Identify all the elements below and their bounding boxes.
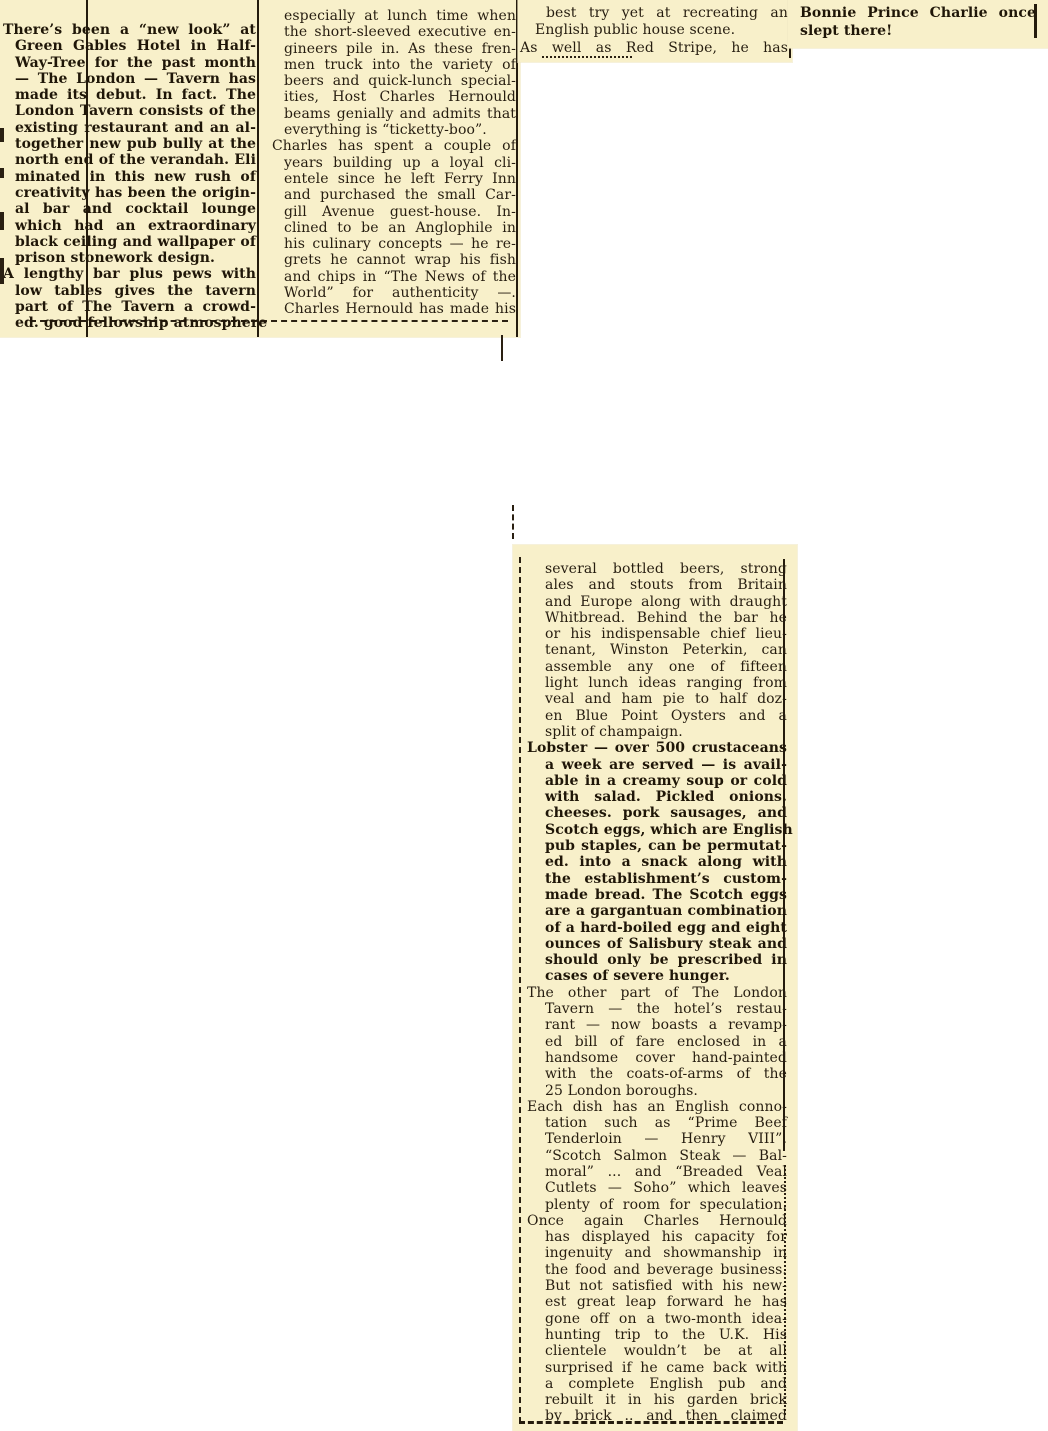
text-line: beers and quick-lunch special- bbox=[272, 73, 516, 89]
paragraph: Lobster — over 500 crustaceansa week are… bbox=[527, 740, 787, 984]
scan-artifact-mark bbox=[0, 128, 4, 142]
paragraph: Charles has spent a couple ofyears build… bbox=[272, 138, 516, 317]
text-line: World” for authenticity —. bbox=[272, 285, 516, 301]
text-line: a complete English pub and bbox=[527, 1376, 787, 1392]
text-line: and chips in “The News of the bbox=[272, 269, 516, 285]
text-line: of a hard-boiled egg and eight bbox=[527, 920, 787, 936]
text-line: black ceiling and wallpaper of bbox=[3, 234, 256, 250]
text-line: or his indispensable chief lieu- bbox=[527, 626, 787, 642]
text-line: part of The Tavern a crowd- bbox=[3, 299, 256, 315]
text-line: Bonnie Prince Charlie once bbox=[798, 5, 1036, 23]
scan-artifact-mark bbox=[0, 258, 4, 284]
text-line: everything is “ticketty-boo”. bbox=[272, 122, 516, 138]
paragraph: English public house scene. bbox=[520, 22, 788, 39]
scan-artifact-line bbox=[501, 335, 503, 361]
text-line: men truck into the variety of bbox=[272, 57, 516, 73]
text-line: gone off on a two-month idea- bbox=[527, 1311, 787, 1327]
text-line: Charles Hernould has made his bbox=[272, 301, 516, 317]
text-line: the establishment’s custom- bbox=[527, 871, 787, 887]
text-line: — The London — Tavern has bbox=[3, 71, 256, 87]
text-line: by brick .. and then claimed bbox=[527, 1408, 787, 1424]
article-column-3: best try yet at recreating anEnglish pub… bbox=[520, 5, 788, 57]
text-line: moral” ... and “Breaded Veal bbox=[527, 1164, 787, 1180]
text-line: should only be prescribed in bbox=[527, 952, 787, 968]
text-line: As well as Red Stripe, he has bbox=[520, 40, 788, 57]
text-line: ed bill of fare enclosed in a bbox=[527, 1034, 787, 1050]
text-line: assemble any one of fifteen bbox=[527, 659, 787, 675]
text-line: existing restaurant and an al- bbox=[3, 120, 256, 136]
text-line: ingenuity and showmanship in bbox=[527, 1245, 787, 1261]
article-column-5: several bottled beers, strongales and st… bbox=[527, 561, 787, 1425]
text-line: Charles has spent a couple of bbox=[272, 138, 516, 154]
text-line: gineers pile in. As these fren- bbox=[272, 41, 516, 57]
text-line: clined to be an Anglophile in bbox=[272, 220, 516, 236]
text-line: especially at lunch time when bbox=[272, 8, 516, 24]
column-rule-left bbox=[519, 557, 521, 1423]
text-line: Tavern — the hotel’s restau- bbox=[527, 1001, 787, 1017]
text-line: made bread. The Scotch eggs bbox=[527, 887, 787, 903]
text-line: north end of the verandah. Eli bbox=[3, 152, 256, 168]
text-line: al bar and cocktail lounge bbox=[3, 201, 256, 217]
text-line: together new pub bully at the bbox=[3, 136, 256, 152]
text-line: est great leap forward he has bbox=[527, 1294, 787, 1310]
article-column-4: Bonnie Prince Charlie onceslept there! bbox=[798, 5, 1036, 40]
text-line: made its debut. In fact. The bbox=[3, 87, 256, 103]
text-line: entele since he left Ferry Inn bbox=[272, 171, 516, 187]
text-line: ities, Host Charles Hernould bbox=[272, 89, 516, 105]
text-line: English public house scene. bbox=[520, 22, 788, 39]
text-line: Cutlets — Soho” which leaves bbox=[527, 1180, 787, 1196]
text-line: rant — now boasts a revamp- bbox=[527, 1017, 787, 1033]
text-line: several bottled beers, strong bbox=[527, 561, 787, 577]
text-line: slept there! bbox=[798, 23, 1036, 41]
text-line: handsome cover hand-painted bbox=[527, 1050, 787, 1066]
text-line: the short-sleeved executive en- bbox=[272, 24, 516, 40]
text-line: cases of severe hunger. bbox=[527, 968, 787, 984]
text-line: and Europe along with draught bbox=[527, 594, 787, 610]
text-line: The other part of The London bbox=[527, 985, 787, 1001]
text-line: ales and stouts from Britain bbox=[527, 577, 787, 593]
clipping-top-right: Bonnie Prince Charlie onceslept there! bbox=[788, 0, 1048, 48]
text-line: Each dish has an English conno- bbox=[527, 1099, 787, 1115]
clipping-top-left: There’s been a “new look” atGreen Gables… bbox=[0, 0, 520, 337]
text-line: veal and ham pie to half doz- bbox=[527, 691, 787, 707]
text-line: a week are served — is avail- bbox=[527, 757, 787, 773]
text-line: Whitbread. Behind the bar he bbox=[527, 610, 787, 626]
text-line: Way-Tree for the past month bbox=[3, 55, 256, 71]
clipping-main-column: several bottled beers, strongales and st… bbox=[513, 545, 797, 1431]
text-line: hunting trip to the U.K. His bbox=[527, 1327, 787, 1343]
text-line: Tenderloin — Henry VIII”. bbox=[527, 1131, 787, 1147]
text-line: the food and beverage business. bbox=[527, 1262, 787, 1278]
text-line: tenant, Winston Peterkin, can bbox=[527, 642, 787, 658]
text-line: split of champaign. bbox=[527, 724, 787, 740]
text-line: en Blue Point Oysters and a bbox=[527, 708, 787, 724]
scan-artifact-mark bbox=[0, 168, 4, 178]
text-line: are a gargantuan combination bbox=[527, 903, 787, 919]
text-line: light lunch ideas ranging from bbox=[527, 675, 787, 691]
text-line: ed. good fellowship atmosphere bbox=[3, 315, 256, 331]
scan-artifact-line bbox=[512, 505, 514, 539]
text-line: Green Gables Hotel in Half- bbox=[3, 38, 256, 54]
paragraph: best try yet at recreating an bbox=[520, 5, 788, 22]
article-column-2: especially at lunch time whenthe short-s… bbox=[272, 8, 516, 318]
text-line: Lobster — over 500 crustaceans bbox=[527, 740, 787, 756]
text-line: which had an extraordinary bbox=[3, 218, 256, 234]
text-line: with the coats-of-arms of the bbox=[527, 1066, 787, 1082]
paragraph: Once again Charles Hernouldhas displayed… bbox=[527, 1213, 787, 1425]
text-line: tation such as “Prime Beef bbox=[527, 1115, 787, 1131]
text-line: A lengthy bar plus pews with bbox=[3, 266, 256, 282]
column-rule-1 bbox=[257, 0, 259, 337]
text-line: and purchased the small Car- bbox=[272, 187, 516, 203]
text-line: London Tavern consists of the bbox=[3, 103, 256, 119]
clipping-top-middle: best try yet at recreating anEnglish pub… bbox=[518, 0, 792, 62]
text-line: low tables gives the tavern bbox=[3, 283, 256, 299]
paragraph: There’s been a “new look” atGreen Gables… bbox=[3, 22, 256, 266]
paragraph: As well as Red Stripe, he has bbox=[520, 40, 788, 57]
scan-page: There’s been a “new look” atGreen Gables… bbox=[0, 0, 1048, 1431]
text-line: surprised if he came back with bbox=[527, 1360, 787, 1376]
text-line: 25 London boroughs. bbox=[527, 1083, 787, 1099]
text-line: with salad. Pickled onions. bbox=[527, 789, 787, 805]
text-line: Once again Charles Hernould bbox=[527, 1213, 787, 1229]
paragraph: several bottled beers, strongales and st… bbox=[527, 561, 787, 740]
text-line: There’s been a “new look” at bbox=[3, 22, 256, 38]
text-line: But not satisfied with his new- bbox=[527, 1278, 787, 1294]
text-line: beams genially and admits that bbox=[272, 106, 516, 122]
text-line: Scotch eggs, which are English bbox=[527, 822, 787, 838]
scan-artifact-mark bbox=[0, 212, 4, 230]
text-line: gill Avenue guest-house. In- bbox=[272, 204, 516, 220]
text-line: rebuilt it in his garden brick bbox=[527, 1392, 787, 1408]
article-column-1: There’s been a “new look” atGreen Gables… bbox=[3, 22, 256, 332]
text-line: “Scotch Salmon Steak — Bal- bbox=[527, 1148, 787, 1164]
paragraph: The other part of The LondonTavern — the… bbox=[527, 985, 787, 1099]
paragraph: A lengthy bar plus pews withlow tables g… bbox=[3, 266, 256, 331]
text-line: years building up a loyal cli- bbox=[272, 155, 516, 171]
text-line: pub staples, can be permutat- bbox=[527, 838, 787, 854]
text-line: ounces of Salisbury steak and bbox=[527, 936, 787, 952]
text-line: able in a creamy soup or cold bbox=[527, 773, 787, 789]
paragraph: Each dish has an English conno-tation su… bbox=[527, 1099, 787, 1213]
text-line: ed. into a snack along with bbox=[527, 854, 787, 870]
paragraph: Bonnie Prince Charlie onceslept there! bbox=[798, 5, 1036, 40]
text-line: clientele wouldn’t be at all bbox=[527, 1343, 787, 1359]
text-line: prison stonework design. bbox=[3, 250, 256, 266]
text-line: his culinary concepts — he re- bbox=[272, 236, 516, 252]
text-line: grets he cannot wrap his fish bbox=[272, 252, 516, 268]
text-line: best try yet at recreating an bbox=[520, 5, 788, 22]
text-line: creativity has been the origin- bbox=[3, 185, 256, 201]
text-line: plenty of room for speculation. bbox=[527, 1197, 787, 1213]
text-line: has displayed his capacity for bbox=[527, 1229, 787, 1245]
text-line: cheeses. pork sausages, and bbox=[527, 805, 787, 821]
paragraph: especially at lunch time whenthe short-s… bbox=[272, 8, 516, 138]
text-line: minated in this new rush of bbox=[3, 169, 256, 185]
